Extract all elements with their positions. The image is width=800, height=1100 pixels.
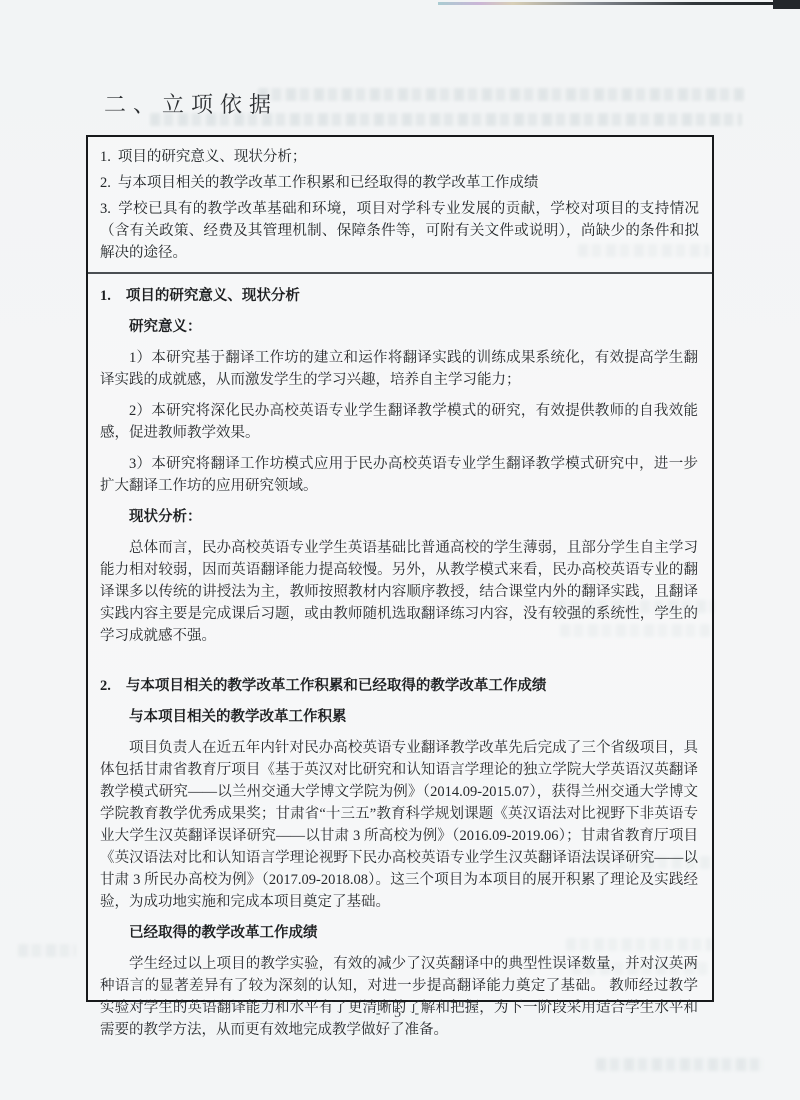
status-analysis-paragraph: 总体而言，民办高校英语专业学生英语基础比普通高校的学生薄弱，且部分学生自主学习能… bbox=[100, 537, 698, 647]
section2-heading-text: 与本项目相关的教学改革工作积累和已经取得的教学改革工作成绩 bbox=[126, 678, 547, 694]
requirement-number: 2. bbox=[100, 175, 111, 191]
content-body: 1.项目的研究意义、现状分析 研究意义： 1）本研究基于翻译工作坊的建立和运作将… bbox=[88, 274, 712, 1041]
bleed-through bbox=[18, 944, 76, 957]
significance-point-2: 2）本研究将深化民办高校英语专业学生翻译教学模式的研究，有效提供教师的自我效能感… bbox=[100, 400, 698, 444]
requirement-number: 3. bbox=[100, 201, 111, 217]
status-analysis-heading: 现状分析： bbox=[100, 506, 698, 528]
requirement-text: 与本项目相关的教学改革工作积累和已经取得的教学改革工作成绩 bbox=[118, 175, 539, 191]
requirement-item-1: 1.项目的研究意义、现状分析； bbox=[100, 146, 699, 168]
requirement-text: 项目的研究意义、现状分析； bbox=[118, 149, 307, 165]
section1-heading: 1.项目的研究意义、现状分析 bbox=[100, 285, 698, 307]
section2-heading: 2.与本项目相关的教学改革工作积累和已经取得的教学改革工作成绩 bbox=[100, 675, 698, 697]
achievement-paragraph: 学生经过以上项目的教学实验，有效的减少了汉英翻译中的典型性误译数量，并对汉英两种… bbox=[100, 953, 698, 1041]
section2-number: 2. bbox=[100, 678, 111, 694]
page-number: - 5 - bbox=[330, 1006, 470, 1022]
requirement-item-2: 2.与本项目相关的教学改革工作积累和已经取得的教学改革工作成绩 bbox=[100, 172, 699, 194]
scan-corner-artifact bbox=[773, 0, 800, 9]
requirement-text: 学校已具有的教学改革基础和环境，项目对学科专业发展的贡献，学校对项目的支持情况（… bbox=[100, 201, 699, 261]
project-basis-box: 1.项目的研究意义、现状分析； 2.与本项目相关的教学改革工作积累和已经取得的教… bbox=[86, 135, 714, 1002]
page-title: 二、立项依据 bbox=[104, 88, 278, 119]
accumulation-paragraph: 项目负责人在近五年内针对民办高校英语专业翻译教学改革先后完成了三个省级项目，具体… bbox=[100, 737, 698, 913]
requirement-item-3: 3.学校已具有的教学改革基础和环境，项目对学科专业发展的贡献，学校对项目的支持情… bbox=[100, 198, 699, 264]
significance-point-3: 3）本研究将翻译工作坊模式应用于民办高校英语专业学生翻译教学模式研究中，进一步扩… bbox=[100, 453, 698, 497]
significance-heading: 研究意义： bbox=[100, 316, 698, 338]
accumulation-heading: 与本项目相关的教学改革工作积累 bbox=[100, 706, 698, 728]
bleed-through bbox=[258, 88, 744, 101]
section1-number: 1. bbox=[100, 288, 111, 304]
significance-point-1: 1）本研究基于翻译工作坊的建立和运作将翻译实践的训练成果系统化，有效提高学生翻译… bbox=[100, 347, 698, 391]
requirement-number: 1. bbox=[100, 149, 111, 165]
scan-edge-artifact bbox=[438, 2, 778, 5]
achievement-heading: 已经取得的教学改革工作成绩 bbox=[100, 922, 698, 944]
section1-heading-text: 项目的研究意义、现状分析 bbox=[126, 288, 300, 304]
requirements-list: 1.项目的研究意义、现状分析； 2.与本项目相关的教学改革工作积累和已经取得的教… bbox=[88, 137, 712, 274]
bleed-through bbox=[596, 1058, 764, 1071]
